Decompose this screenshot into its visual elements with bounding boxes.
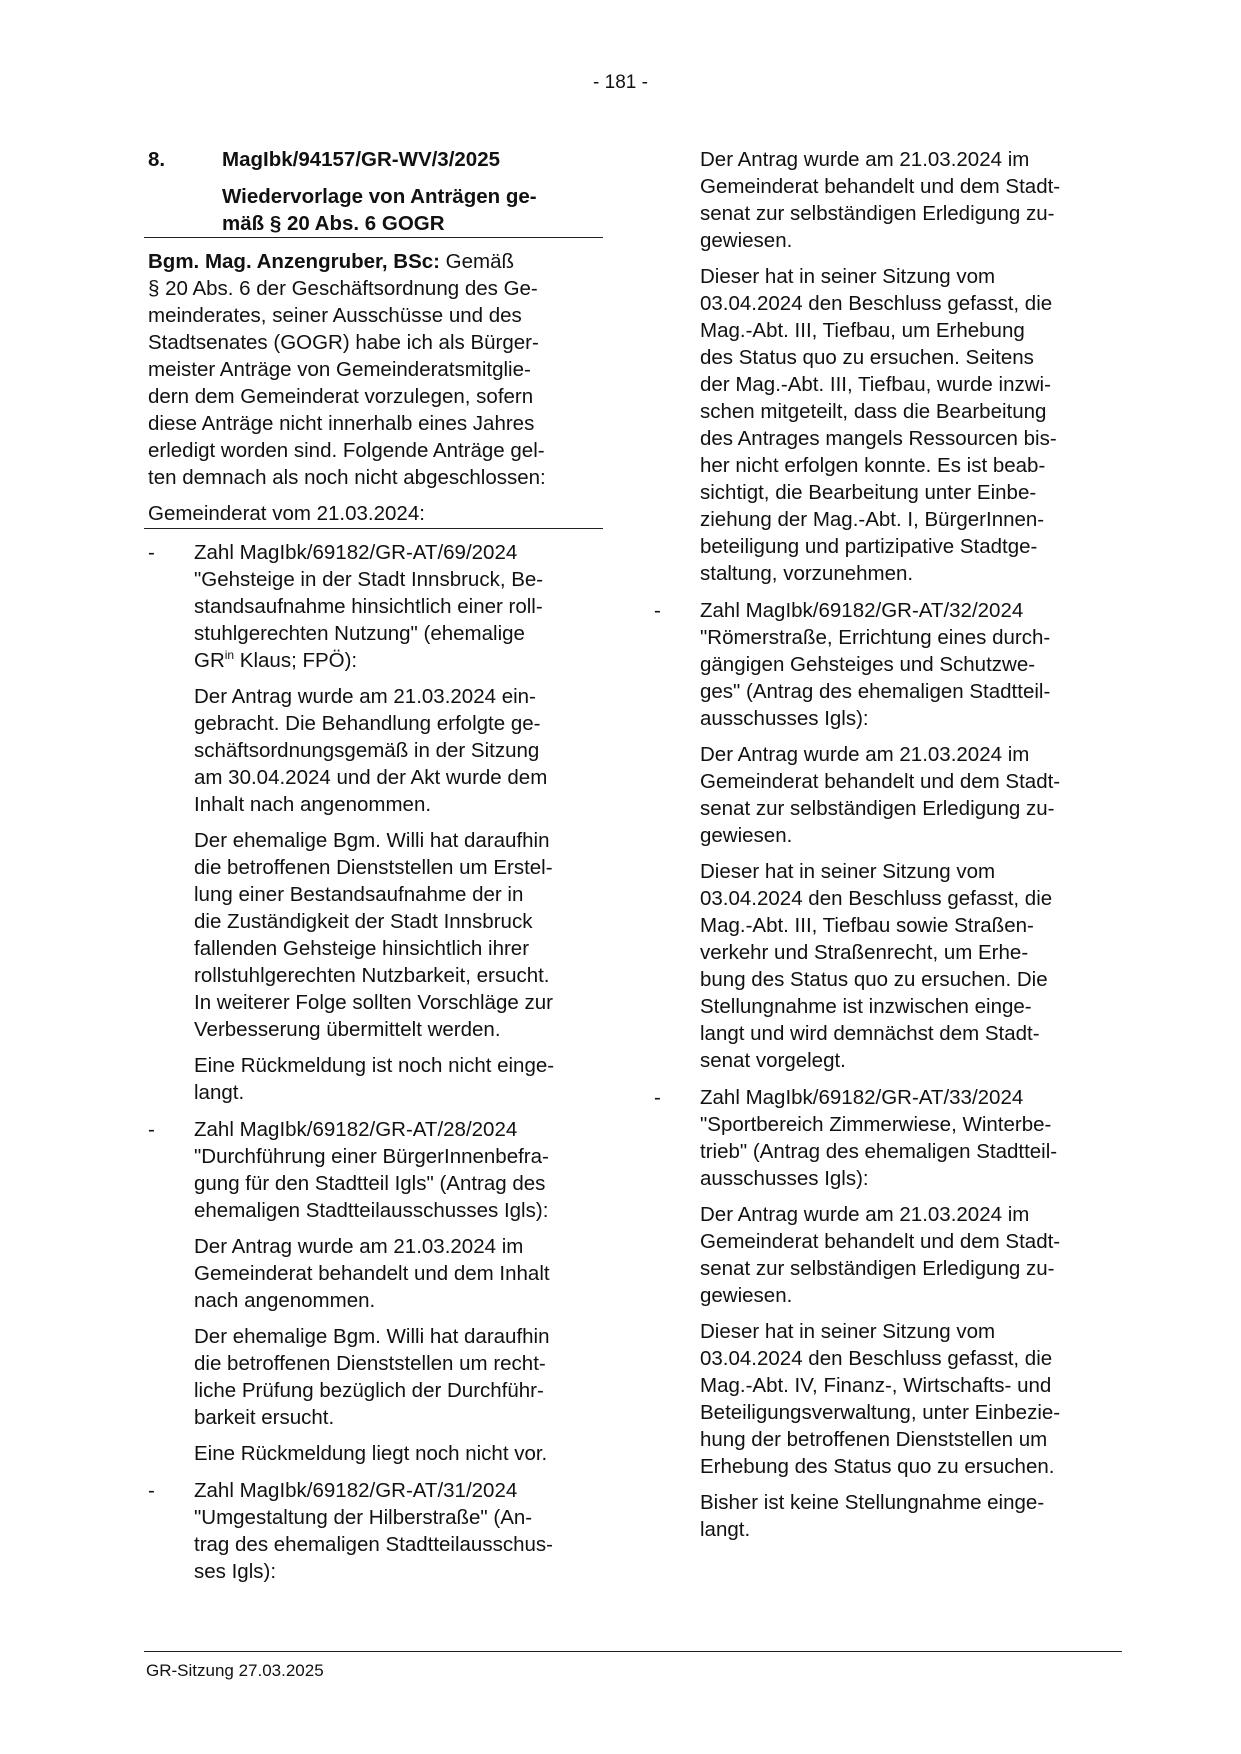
text-line: beteiligung und partizipative Stadtge- <box>700 533 1130 560</box>
text-line: mäß § 20 Abs. 6 GOGR <box>222 210 603 237</box>
left-column: 8. MagIbk/94157/GR-WV/3/2025 Wiedervorla… <box>148 146 603 1585</box>
text-line: "Römerstraße, Errichtung eines durch- <box>700 624 1130 651</box>
right-column: Der Antrag wurde am 21.03.2024 im Gemein… <box>700 146 1130 1543</box>
text-line: langt und wird demnächst dem Stadt- <box>700 1020 1130 1047</box>
text-line: Der Antrag wurde am 21.03.2024 im <box>194 1233 603 1260</box>
text-line: ges" (Antrag des ehemaligen Stadtteil- <box>700 678 1130 705</box>
heading-divider <box>144 237 603 238</box>
item-paragraph: Dieser hat in seiner Sitzung vom 03.04.2… <box>700 858 1130 1074</box>
text-line: die Zuständigkeit der Stadt Innsbruck <box>194 908 603 935</box>
text-line: Gemeinderat behandelt und dem Inhalt <box>194 1260 603 1287</box>
text-line: Eine Rückmeldung liegt noch nicht vor. <box>194 1440 603 1467</box>
text-line: 03.04.2024 den Beschluss gefasst, die <box>700 290 1130 317</box>
list-item: - Zahl MagIbk/69182/GR-AT/69/2024 "Gehst… <box>148 539 603 674</box>
list-item: - Zahl MagIbk/69182/GR-AT/28/2024 "Durch… <box>148 1116 603 1224</box>
item-paragraph: Dieser hat in seiner Sitzung vom 03.04.2… <box>700 263 1130 587</box>
item-paragraph: Der ehemalige Bgm. Willi hat daraufhin d… <box>194 1323 603 1431</box>
text-line: erledigt worden sind. Folgende Anträge g… <box>148 437 603 464</box>
text-line: standsaufnahme hinsichtlich einer roll- <box>194 593 603 620</box>
text-line: gewiesen. <box>700 822 1130 849</box>
text-line: stuhlgerechten Nutzung" (ehemalige <box>194 620 603 647</box>
text-line: Zahl MagIbk/69182/GR-AT/32/2024 <box>700 597 1130 624</box>
footer-divider <box>144 1651 1122 1652</box>
text-line: langt. <box>194 1079 603 1106</box>
text-line: meister Anträge von Gemeinderatsmitglie- <box>148 356 603 383</box>
text-line: staltung, vorzunehmen. <box>700 560 1130 587</box>
item-header: Zahl MagIbk/69182/GR-AT/33/2024 "Sportbe… <box>700 1084 1130 1192</box>
agenda-item-number: 8. <box>148 146 165 173</box>
text-line: "Durchführung einer BürgerInnenbefra- <box>194 1143 603 1170</box>
text-line: ziehung der Mag.-Abt. I, BürgerInnen- <box>700 506 1130 533</box>
bullet-dash: - <box>148 539 155 566</box>
text-line: barkeit ersucht. <box>194 1404 603 1431</box>
text-line: Dieser hat in seiner Sitzung vom <box>700 1318 1130 1345</box>
text-line: Der ehemalige Bgm. Willi hat daraufhin <box>194 1323 603 1350</box>
text-line: ses Igls): <box>194 1558 603 1585</box>
section-title: Gemeinderat vom 21.03.2024: <box>148 500 603 528</box>
text-line: des Status quo zu ersuchen. Seitens <box>700 344 1130 371</box>
text-line: liche Prüfung bezüglich der Durchführ- <box>194 1377 603 1404</box>
text-line: schen mitgeteilt, dass die Bearbeitung <box>700 398 1130 425</box>
text-line: in <box>225 648 234 662</box>
text-line: "Gehsteige in der Stadt Innsbruck, Be- <box>194 566 603 593</box>
text-line: Mag.-Abt. III, Tiefbau, um Erhebung <box>700 317 1130 344</box>
agenda-item-heading: 8. MagIbk/94157/GR-WV/3/2025 Wiedervorla… <box>148 146 603 237</box>
text-line: Zahl MagIbk/69182/GR-AT/31/2024 <box>194 1477 603 1504</box>
text-line: langt. <box>700 1516 1130 1543</box>
text-line: In weiterer Folge sollten Vorschläge zur <box>194 989 603 1016</box>
item-header: Zahl MagIbk/69182/GR-AT/28/2024 "Durchfü… <box>194 1116 603 1224</box>
text-line: Inhalt nach angenommen. <box>194 791 603 818</box>
text-line: her nicht erfolgen konnte. Es ist beab- <box>700 452 1130 479</box>
item-paragraph: Der ehemalige Bgm. Willi hat daraufhin d… <box>194 827 603 1043</box>
text-line: der Mag.-Abt. III, Tiefbau, wurde inzwi- <box>700 371 1130 398</box>
item-paragraph: Eine Rückmeldung liegt noch nicht vor. <box>194 1440 603 1467</box>
section-divider <box>144 528 603 529</box>
list-item: - Zahl MagIbk/69182/GR-AT/33/2024 "Sport… <box>654 1084 1130 1192</box>
text-line: Eine Rückmeldung ist noch nicht einge- <box>194 1052 603 1079</box>
text-line: Verbesserung übermittelt werden. <box>194 1016 603 1043</box>
text-line: Erhebung des Status quo zu ersuchen. <box>700 1453 1130 1480</box>
text-line: Gemeinderat behandelt und dem Stadt- <box>700 173 1130 200</box>
bullet-dash: - <box>654 597 661 624</box>
text-line: Klaus; FPÖ): <box>234 649 357 672</box>
page-number: - 181 - <box>0 72 1241 94</box>
item-header: Zahl MagIbk/69182/GR-AT/32/2024 "Römerst… <box>700 597 1130 732</box>
text-line: Zahl MagIbk/69182/GR-AT/28/2024 <box>194 1116 603 1143</box>
text-line: dern dem Gemeinderat vorzulegen, sofern <box>148 383 603 410</box>
text-line: Gemeinderat behandelt und dem Stadt- <box>700 768 1130 795</box>
text-line: gewiesen. <box>700 1282 1130 1309</box>
text-line: nach angenommen. <box>194 1287 603 1314</box>
text-line: am 30.04.2024 und der Akt wurde dem <box>194 764 603 791</box>
text-line: 03.04.2024 den Beschluss gefasst, die <box>700 1345 1130 1372</box>
text-line: gebracht. Die Behandlung erfolgte ge- <box>194 710 603 737</box>
text-line: ehemaligen Stadtteilausschusses Igls): <box>194 1197 603 1224</box>
text-line: Zahl MagIbk/69182/GR-AT/33/2024 <box>700 1084 1130 1111</box>
item-header: Zahl MagIbk/69182/GR-AT/69/2024 "Gehstei… <box>194 539 603 674</box>
item-header: Zahl MagIbk/69182/GR-AT/31/2024 "Umgesta… <box>194 1477 603 1585</box>
text-line: trag des ehemaligen Stadtteilausschus- <box>194 1531 603 1558</box>
text-line: diese Anträge nicht innerhalb eines Jahr… <box>148 410 603 437</box>
item-paragraph: Der Antrag wurde am 21.03.2024 im Gemein… <box>700 1201 1130 1309</box>
text-line: hung der betroffenen Dienststellen um <box>700 1426 1130 1453</box>
agenda-item-title: Wiedervorlage von Anträgen ge- mäß § 20 … <box>222 183 603 237</box>
text-line: lung einer Bestandsaufnahme der in <box>194 881 603 908</box>
text-line: Wiedervorlage von Anträgen ge- <box>222 183 603 210</box>
item-paragraph: Der Antrag wurde am 21.03.2024 im Gemein… <box>700 146 1130 254</box>
text-line: Gemäß <box>440 250 514 273</box>
item-paragraph: Der Antrag wurde am 21.03.2024 im Gemein… <box>700 741 1130 849</box>
text-line: rollstuhlgerechten Nutzbarkeit, ersucht. <box>194 962 603 989</box>
text-line: bung des Status quo zu ersuchen. Die <box>700 966 1130 993</box>
text-line: fallenden Gehsteige hinsichtlich ihrer <box>194 935 603 962</box>
text-line: meinderates, seiner Ausschüsse und des <box>148 302 603 329</box>
text-line: trieb" (Antrag des ehemaligen Stadtteil- <box>700 1138 1130 1165</box>
text-line: des Antrages mangels Ressourcen bis- <box>700 425 1130 452</box>
text-line: die betroffenen Dienststellen um recht- <box>194 1350 603 1377</box>
text-line: Zahl MagIbk/69182/GR-AT/69/2024 <box>194 539 603 566</box>
bullet-dash: - <box>148 1477 155 1504</box>
speaker-name: Bgm. Mag. Anzengruber, BSc: <box>148 250 440 273</box>
text-line: die betroffenen Dienststellen um Erstel- <box>194 854 603 881</box>
text-line: ausschusses Igls): <box>700 705 1130 732</box>
text-line: § 20 Abs. 6 der Geschäftsordnung des Ge- <box>148 275 603 302</box>
text-line: gängigen Gehsteiges und Schutzwe- <box>700 651 1130 678</box>
text-line: Der Antrag wurde am 21.03.2024 im <box>700 741 1130 768</box>
text-line: gewiesen. <box>700 227 1130 254</box>
text-line: ten demnach als noch nicht abgeschlossen… <box>148 464 603 491</box>
agenda-item-reference: MagIbk/94157/GR-WV/3/2025 <box>222 146 603 173</box>
text-line: Beteiligungsverwaltung, unter Einbezie- <box>700 1399 1130 1426</box>
text-line: Mag.-Abt. III, Tiefbau sowie Straßen- <box>700 912 1130 939</box>
text-line: senat zur selbständigen Erledigung zu- <box>700 200 1130 227</box>
text-line: ausschusses Igls): <box>700 1165 1130 1192</box>
bullet-dash: - <box>148 1116 155 1143</box>
text-line: schäftsordnungsgemäß in der Sitzung <box>194 737 603 764</box>
list-item: - Zahl MagIbk/69182/GR-AT/31/2024 "Umges… <box>148 1477 603 1585</box>
text-line: Mag.-Abt. IV, Finanz-, Wirtschafts- und <box>700 1372 1130 1399</box>
text-line: senat zur selbständigen Erledigung zu- <box>700 795 1130 822</box>
text-line: Der Antrag wurde am 21.03.2024 im <box>700 1201 1130 1228</box>
text-line: gung für den Stadtteil Igls" (Antrag des <box>194 1170 603 1197</box>
text-line: Gemeinderat behandelt und dem Stadt- <box>700 1228 1130 1255</box>
text-line: verkehr und Straßenrecht, um Erhe- <box>700 939 1130 966</box>
text-line: "Umgestaltung der Hilberstraße" (An- <box>194 1504 603 1531</box>
text-line: Stadtsenates (GOGR) habe ich als Bürger- <box>148 329 603 356</box>
item-paragraph: Dieser hat in seiner Sitzung vom 03.04.2… <box>700 1318 1130 1480</box>
item-paragraph: Der Antrag wurde am 21.03.2024 ein- gebr… <box>194 683 603 818</box>
footer-session-date: GR-Sitzung 27.03.2025 <box>146 1661 324 1681</box>
text-line: Bisher ist keine Stellungnahme einge- <box>700 1489 1130 1516</box>
list-item: - Zahl MagIbk/69182/GR-AT/32/2024 "Römer… <box>654 597 1130 732</box>
text-line: Der Antrag wurde am 21.03.2024 ein- <box>194 683 603 710</box>
bullet-dash: - <box>654 1084 661 1111</box>
text-line: Dieser hat in seiner Sitzung vom <box>700 263 1130 290</box>
item-paragraph: Bisher ist keine Stellungnahme einge- la… <box>700 1489 1130 1543</box>
item-paragraph: Der Antrag wurde am 21.03.2024 im Gemein… <box>194 1233 603 1314</box>
text-line: senat vorgelegt. <box>700 1047 1130 1074</box>
item-paragraph: Eine Rückmeldung ist noch nicht einge- l… <box>194 1052 603 1106</box>
text-line: 03.04.2024 den Beschluss gefasst, die <box>700 885 1130 912</box>
text-line: "Sportbereich Zimmerwiese, Winterbe- <box>700 1111 1130 1138</box>
text-line: Dieser hat in seiner Sitzung vom <box>700 858 1130 885</box>
text-line: senat zur selbständigen Erledigung zu- <box>700 1255 1130 1282</box>
text-line: GR <box>194 649 225 672</box>
text-line: sichtigt, die Bearbeitung unter Einbe- <box>700 479 1130 506</box>
intro-paragraph: Bgm. Mag. Anzengruber, BSc: Gemäß § 20 A… <box>148 248 603 491</box>
text-line: Der ehemalige Bgm. Willi hat daraufhin <box>194 827 603 854</box>
text-line: Stellungnahme ist inzwischen einge- <box>700 993 1130 1020</box>
text-line: Der Antrag wurde am 21.03.2024 im <box>700 146 1130 173</box>
